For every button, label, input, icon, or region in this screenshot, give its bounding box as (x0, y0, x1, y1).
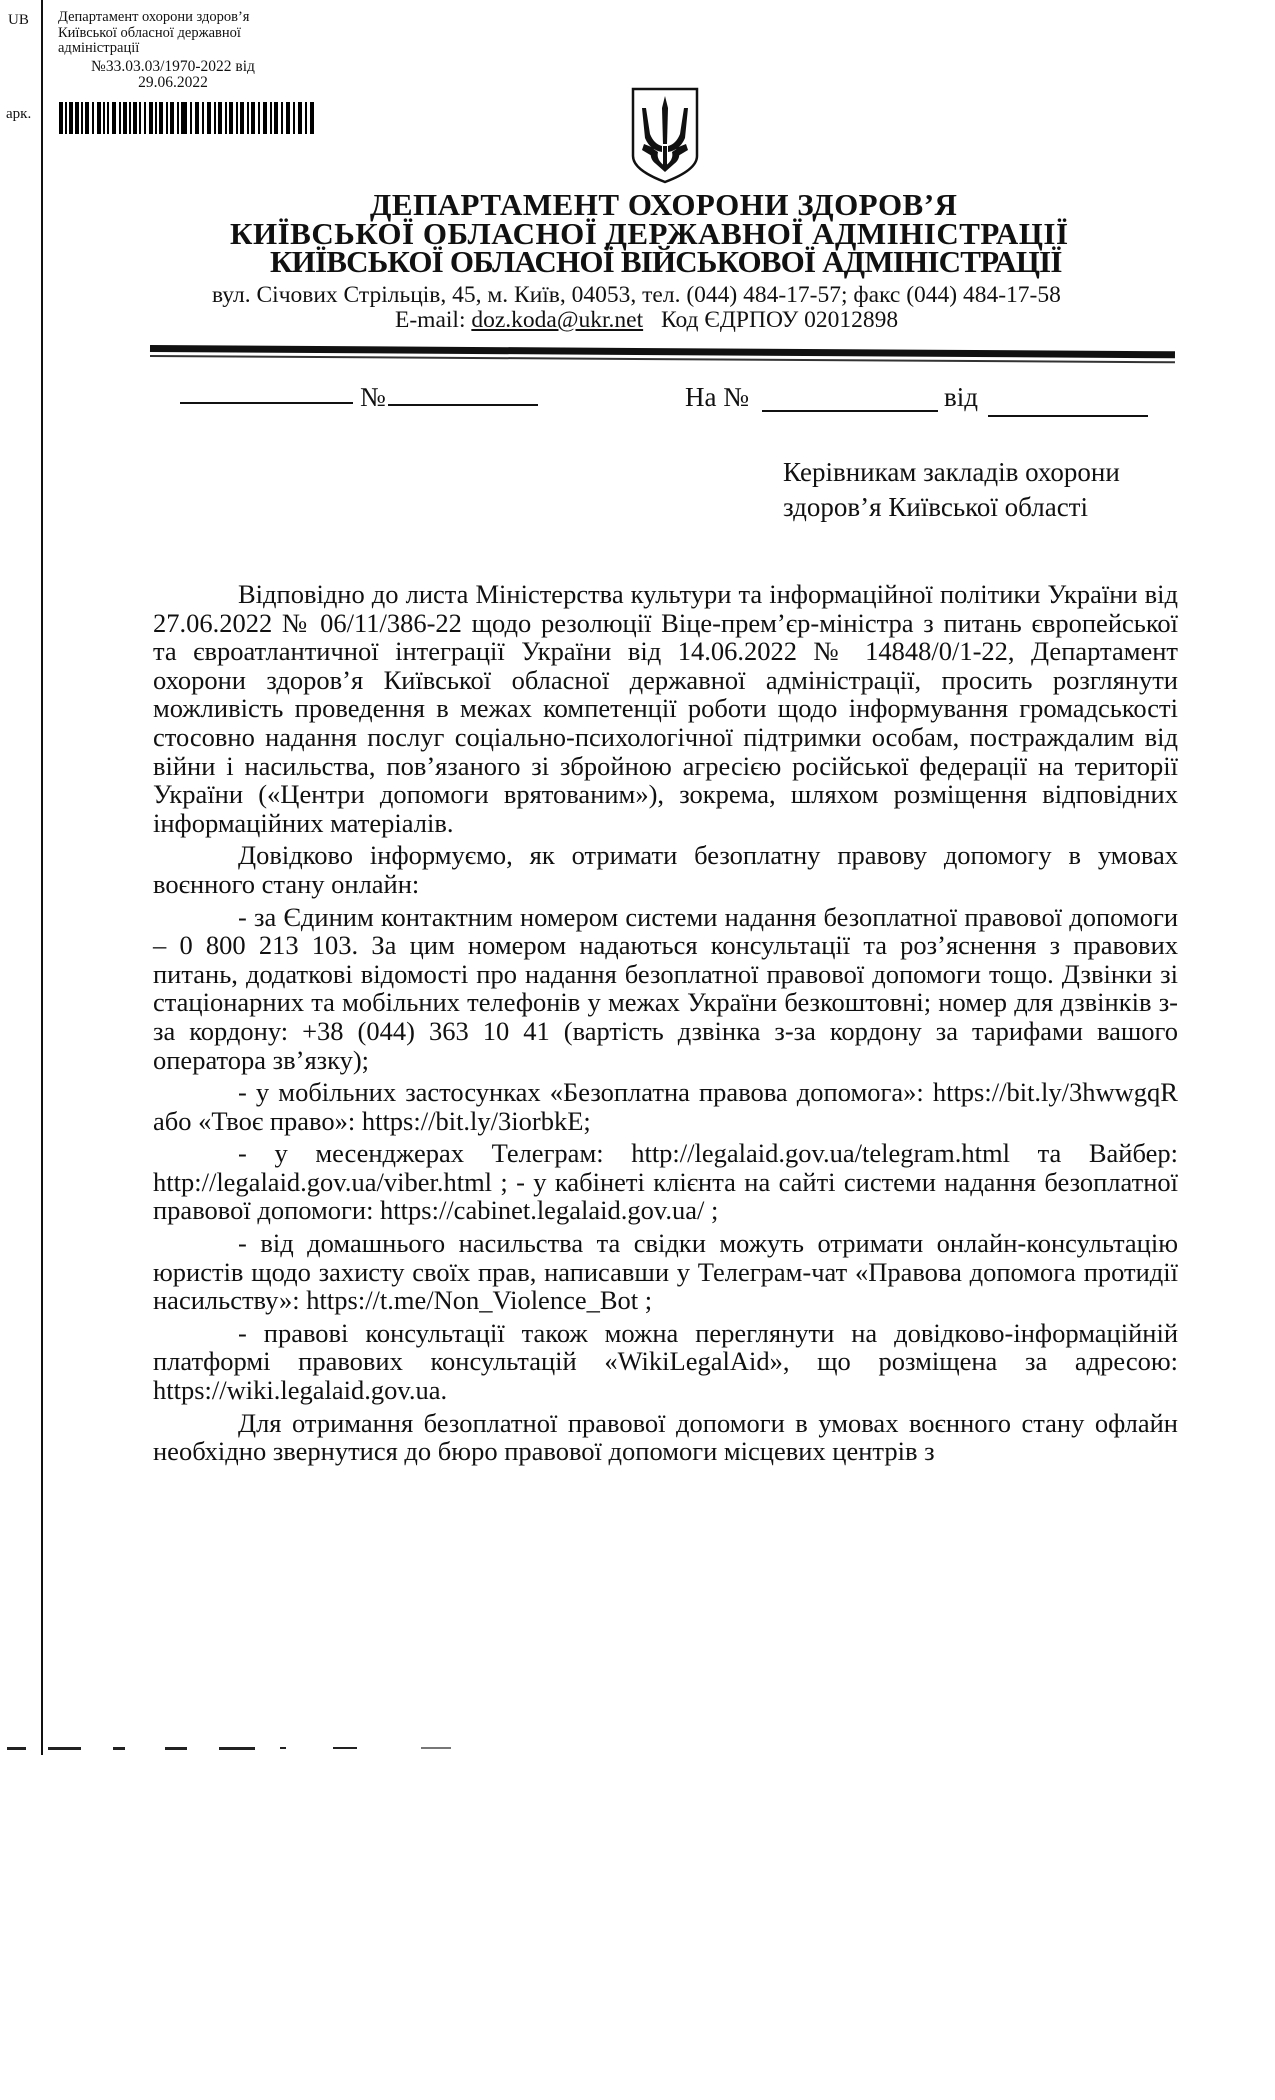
reply-date-field[interactable] (988, 415, 1148, 417)
body-paragraph-intro: Відповідно до листа Міністерства культур… (153, 580, 1178, 837)
header-address: вул. Січових Стрільців, 45, м. Київ, 040… (212, 282, 1061, 308)
stamp-reg-number: №33.03.03/1970-2022 від (58, 59, 288, 75)
body-item-mobile-apps: - у мобільних застосунках «Безоплатна пр… (153, 1078, 1178, 1135)
email-label: E-mail: (395, 307, 465, 333)
body-item-messengers: - у месенджерах Телеграм: http://legalai… (153, 1139, 1178, 1225)
body-item-domestic-violence: - від домашнього насильства та свідки мо… (153, 1229, 1178, 1315)
stamp-org-line: Київської обласної державної (58, 26, 328, 42)
reply-date-label: від (944, 382, 978, 412)
header-title-line-3: КИЇВСЬКОЇ ОБЛАСНОЇ ВІЙСЬКОВОЇ АДМІНІСТРА… (270, 247, 1062, 277)
margin-sheet-label: арк. (6, 106, 31, 123)
letter-body: Відповідно до листа Міністерства культур… (153, 580, 1178, 1470)
addressee-line: Керівникам закладів охорони (783, 455, 1120, 490)
outgoing-date-field[interactable] (180, 402, 353, 404)
email-link[interactable]: doz.koda@ukr.net (471, 307, 643, 333)
header-contacts: E-mail: doz.koda@ukr.net Код ЄДРПОУ 0201… (395, 307, 898, 333)
stamp-org-line: адміністрації (58, 41, 328, 57)
coat-of-arms-icon (630, 86, 700, 184)
barcode-icon (59, 102, 317, 134)
registration-stamp: Департамент охорони здоров’я Київської о… (58, 10, 328, 91)
addressee: Керівникам закладів охорони здоров’я Киї… (783, 455, 1120, 525)
left-margin-line (41, 0, 43, 1755)
body-item-wikilegalaid: - правові консультації також можна перег… (153, 1319, 1178, 1405)
addressee-line: здоров’я Київської області (783, 490, 1120, 525)
body-item-hotline: - за Єдиним контактним номером системи н… (153, 903, 1178, 1075)
stamp-reg-date: 29.06.2022 (58, 75, 288, 91)
outgoing-number-field[interactable] (388, 404, 538, 406)
reply-to-number-field[interactable] (762, 410, 938, 412)
margin-ub-label: UB (8, 12, 29, 29)
body-paragraph-online-help: Довідково інформуємо, як отримати безопл… (153, 841, 1178, 898)
outgoing-number-sign: № (360, 382, 386, 412)
reply-to-label: На № (685, 382, 749, 412)
stamp-org-line: Департамент охорони здоров’я (58, 10, 328, 26)
edrpou-code: Код ЄДРПОУ 02012898 (661, 307, 898, 333)
body-paragraph-offline-help: Для отримання безоплатної правової допом… (153, 1409, 1178, 1466)
